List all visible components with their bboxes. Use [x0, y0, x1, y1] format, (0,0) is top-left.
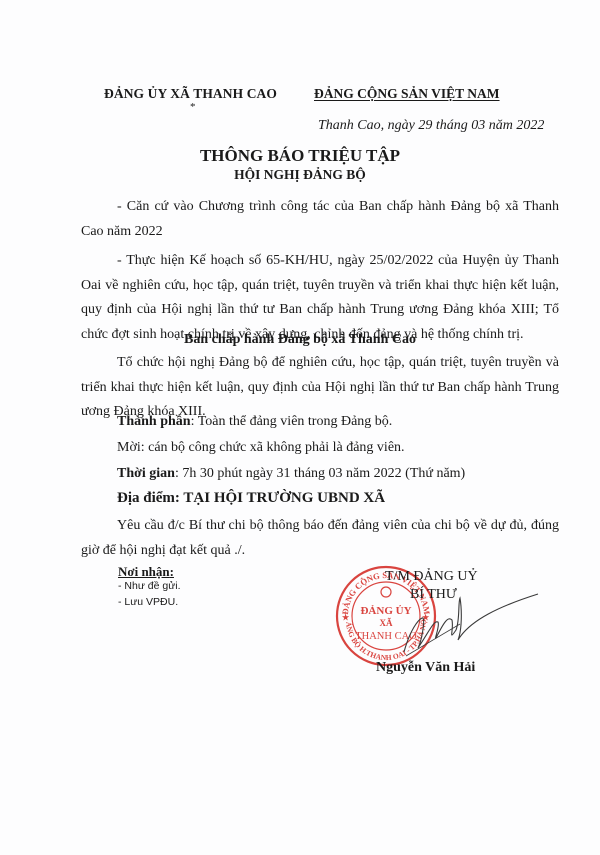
basis-paragraph-1: - Căn cứ vào Chương trình công tác của B… [81, 195, 559, 244]
participants-line: Thành phần: Toàn thể đảng viên trong Đản… [117, 414, 392, 430]
purpose-text: Tổ chức hội nghị Đảng bộ để nghiên cứu, … [81, 355, 559, 419]
request-paragraph: Yêu cầu đ/c Bí thư chi bộ thông báo đến … [81, 514, 559, 563]
request-text: Yêu cầu đ/c Bí thư chi bộ thông báo đến … [81, 518, 559, 558]
svg-text:★: ★ [342, 613, 350, 622]
time-value: : 7h 30 phút ngày 31 tháng 03 năm 2022 (… [175, 466, 465, 481]
venue-label: Địa điểm [117, 490, 175, 506]
document-subtitle: HỘI NGHỊ ĐẢNG BỘ [0, 167, 600, 183]
venue-value: : TẠI HỘI TRƯỜNG UBND XÃ [175, 490, 385, 506]
handwritten-signature [400, 590, 540, 660]
board-heading: Ban chấp hành Đảng bộ xã Thanh Cao [0, 332, 600, 348]
invite-line: Mời: cán bộ công chức xã không phải là đ… [117, 440, 405, 456]
place-date: Thanh Cao, ngày 29 tháng 03 năm 2022 [318, 118, 544, 134]
recipients-colon: : [170, 564, 174, 579]
document-title: THÔNG BÁO TRIỆU TẬP [0, 146, 600, 166]
time-label: Thời gian [117, 466, 175, 481]
signature-on-behalf: T/M ĐẢNG UỶ [385, 569, 478, 585]
participants-label: Thành phần [117, 414, 191, 429]
participants-value: : Toàn thể đảng viên trong Đảng bộ. [191, 414, 393, 429]
signer-name: Nguyễn Văn Hải [376, 660, 475, 676]
venue-line: Địa điểm: TẠI HỘI TRƯỜNG UBND XÃ [117, 490, 385, 507]
issuer-name: ĐẢNG ỦY XÃ THANH CAO [104, 86, 277, 102]
stamp-line-2: XÃ [380, 618, 393, 628]
time-line: Thời gian: 7h 30 phút ngày 31 tháng 03 n… [117, 466, 465, 482]
party-name: ĐẢNG CỘNG SẢN VIỆT NAM [314, 86, 500, 102]
recipients-title: Nơi nhận: [118, 564, 174, 580]
issuer-mark: * [190, 101, 196, 113]
recipient-item: - Lưu VPĐU. [118, 596, 178, 608]
recipients-label: Nơi nhận [118, 564, 170, 579]
basis-text-2: - Thực hiện Kế hoạch số 65-KH/HU, ngày 2… [81, 253, 559, 342]
recipient-item: - Như đề gửi. [118, 580, 181, 592]
basis-text-1: - Căn cứ vào Chương trình công tác của B… [81, 199, 559, 239]
